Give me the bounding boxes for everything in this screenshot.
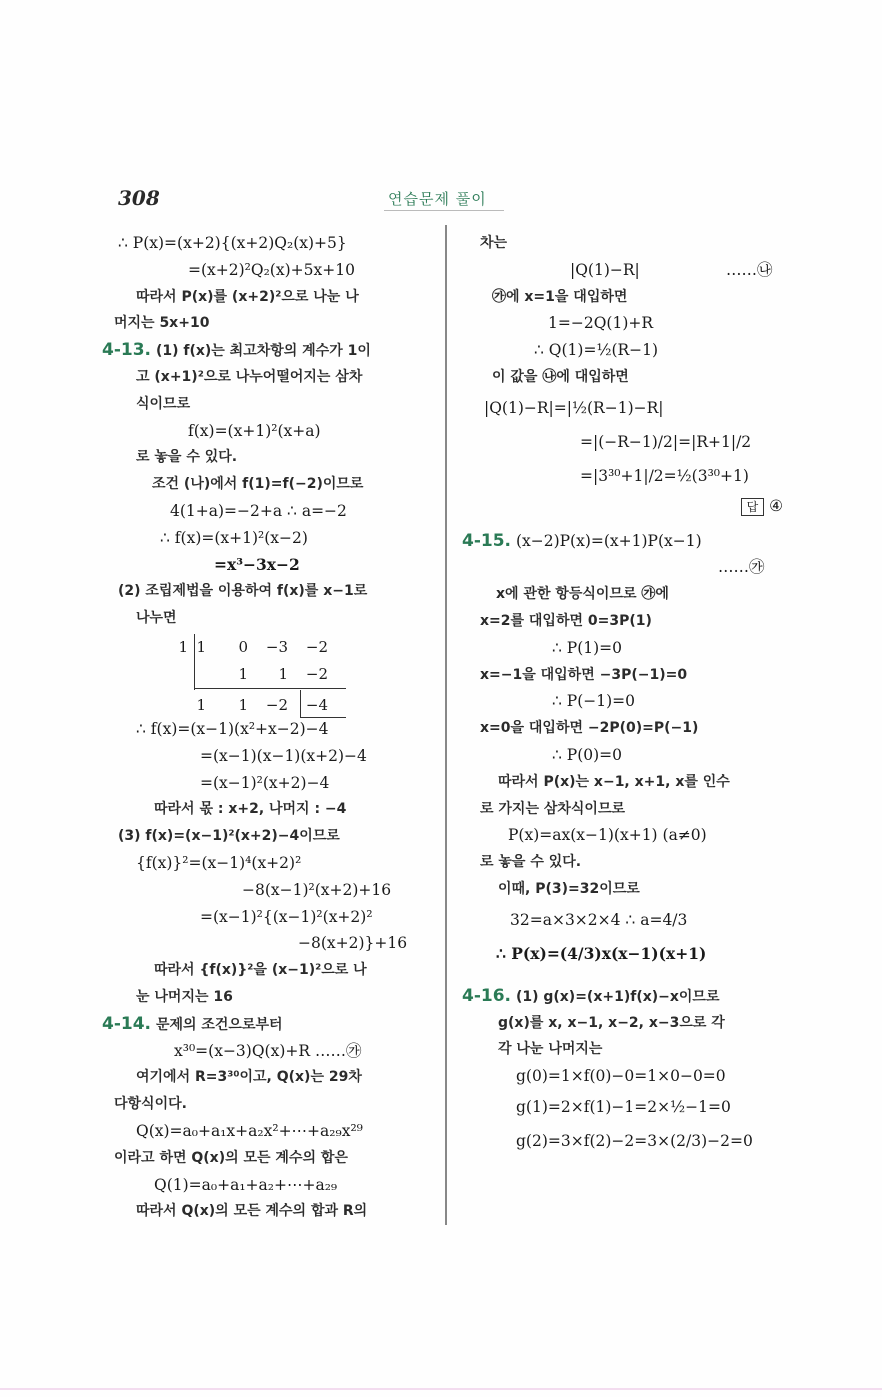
equation: −8(x+2)}+16 <box>114 930 439 957</box>
sd-cell: −2 <box>288 634 328 661</box>
equation: ∴ Q(1)=½(R−1) <box>462 337 787 364</box>
page-number: 308 <box>118 186 160 210</box>
text-line: 조건 (나)에서 f(1)=f(−2)이므로 <box>114 471 439 498</box>
equation: g(0)=1×f(0)−0=1×0−0=0 <box>462 1063 787 1090</box>
equation: Q(1)=a₀+a₁+a₂+⋯+a₂₉ <box>114 1172 439 1199</box>
sd-cell: −2 <box>288 661 328 688</box>
text-line: (1) g(x)=(x+1)f(x)−x이므로 <box>516 989 720 1005</box>
equation: ∴ P(−1)=0 <box>462 688 787 715</box>
text-line: ㉮에 x=1을 대입하면 <box>462 284 787 311</box>
text-line: 문제의 조건으로부터 <box>156 1017 283 1033</box>
sd-remainder: −4 <box>288 692 328 719</box>
answer-value: ④ <box>769 497 783 515</box>
equation: ∴ P(0)=0 <box>462 742 787 769</box>
equation: 32=a×3×2×4 ∴ a=4/3 <box>462 903 787 937</box>
text-line: 식이므로 <box>114 391 439 418</box>
problem-4-13-header: 4-13. (1) f(x)는 최고차항의 계수가 1이 <box>102 337 439 364</box>
equation: (x−2)P(x)=(x+1)P(x−1) <box>516 532 702 550</box>
text-line: 이때, P(3)=32이므로 <box>462 876 787 903</box>
equation-text: |Q(1)−R| <box>570 257 640 284</box>
text-line: 따라서 P(x)는 x−1, x+1, x를 인수 <box>462 769 787 796</box>
equation: =|(−R−1)/2|=|R+1|/2 <box>462 425 787 459</box>
problem-number: 4-15. <box>462 531 511 551</box>
sd-cell: 1 <box>166 634 206 661</box>
right-column: 차는 |Q(1)−R| ……㉯ ㉮에 x=1을 대입하면 1=−2Q(1)+R … <box>462 230 787 1158</box>
problem-4-16-header: 4-16. (1) g(x)=(x+1)f(x)−x이므로 <box>462 983 787 1010</box>
answer-row: 답 ④ <box>462 493 787 520</box>
problem-number: 4-16. <box>462 986 511 1006</box>
text-line: 이 값을 ㉯에 대입하면 <box>462 364 787 391</box>
result-equation: ∴ P(x)=(4/3)x(x−1)(x+1) <box>462 937 787 971</box>
sd-cell: 1 <box>166 692 206 719</box>
sd-cell: 1 <box>208 692 248 719</box>
text-line: ∴ P(x)=(x+2){(x+2)Q₂(x)+5} <box>114 230 439 257</box>
text-line: 따라서 Q(x)의 모든 계수의 합과 R의 <box>114 1198 439 1225</box>
equation-tag: ……㉮ <box>462 554 787 581</box>
equation: Q(x)=a₀+a₁x+a₂x²+⋯+a₂₉x²⁹ <box>114 1118 439 1145</box>
sd-cell: 1 <box>208 661 248 688</box>
equation: f(x)=(x+1)²(x+a) <box>114 418 439 445</box>
problem-4-15-header: 4-15. (x−2)P(x)=(x+1)P(x−1) <box>462 528 787 555</box>
equation: =(x−1)(x−1)(x+2)−4 <box>114 743 439 770</box>
text-line: 고 (x+1)²으로 나누어떨어지는 삼차 <box>114 364 439 391</box>
problem-4-14-header: 4-14. 문제의 조건으로부터 <box>102 1011 439 1038</box>
equation: 4(1+a)=−2+a ∴ a=−2 <box>114 498 439 525</box>
result-line: 따라서 몫 : x+2, 나머지 : −4 <box>114 796 439 823</box>
synthetic-division: 1 1 0 −3 −2 1 1 −2 1 1 −2 −4 <box>170 632 439 716</box>
text-line: 로 놓을 수 있다. <box>114 444 439 471</box>
text-line: x=0을 대입하면 −2P(0)=P(−1) <box>462 715 787 742</box>
equation: =(x−1)²{(x−1)²(x+2)² <box>114 904 439 931</box>
answer-label: 답 <box>741 498 765 516</box>
text-line: x=−1을 대입하면 −3P(−1)=0 <box>462 662 787 689</box>
sd-horizontal-bar <box>194 688 346 689</box>
equation: g(2)=3×f(2)−2=3×(2/3)−2=0 <box>462 1124 787 1158</box>
text-line: (2) 조립제법을 이용하여 f(x)를 x−1로 <box>114 578 439 605</box>
text-line: 여기에서 R=3³⁰이고, Q(x)는 29차 <box>114 1064 439 1091</box>
left-column: ∴ P(x)=(x+2){(x+2)Q₂(x)+5} =(x+2)²Q₂(x)+… <box>114 230 439 1225</box>
equation: =|3³⁰+1|/2=½(3³⁰+1) <box>462 459 787 493</box>
equation: =x³−3x−2 <box>114 552 439 579</box>
column-divider <box>445 225 447 1225</box>
equation: 1=−2Q(1)+R <box>462 310 787 337</box>
text-line: 이라고 하면 Q(x)의 모든 계수의 합은 <box>114 1145 439 1172</box>
text-line: 따라서 {f(x)}²을 (x−1)²으로 나 <box>114 957 439 984</box>
text-line: 차는 <box>462 230 787 257</box>
text-line: 나누면 <box>114 605 439 632</box>
problem-number: 4-14. <box>102 1014 151 1034</box>
sd-cell: −2 <box>248 692 288 719</box>
equation: −8(x−1)²(x+2)+16 <box>114 877 439 904</box>
text-line: (1) f(x)는 최고차항의 계수가 1이 <box>156 343 371 359</box>
equation: P(x)=ax(x−1)(x+1) (a≠0) <box>462 822 787 849</box>
equation: |Q(1)−R|=|½(R−1)−R| <box>462 391 787 425</box>
text-line: 따라서 P(x)를 (x+2)²으로 나눈 나 <box>114 284 439 311</box>
text-line: 각 나눈 나머지는 <box>462 1036 787 1063</box>
equation: ∴ f(x)=(x+1)²(x−2) <box>114 525 439 552</box>
sd-cell: 1 <box>248 661 288 688</box>
equation: ∴ P(1)=0 <box>462 635 787 662</box>
sd-cell: 0 <box>208 634 248 661</box>
section-title: 연습문제 풀이 <box>388 188 487 211</box>
text-line: =(x+2)²Q₂(x)+5x+10 <box>114 257 439 284</box>
equation: =(x−1)²(x+2)−4 <box>114 770 439 797</box>
equation: |Q(1)−R| ……㉯ <box>462 257 787 284</box>
equation: g(1)=2×f(1)−1=2×½−1=0 <box>462 1090 787 1124</box>
text-line: 로 가지는 삼차식이므로 <box>462 796 787 823</box>
equation: x³⁰=(x−3)Q(x)+R ……㉮ <box>114 1038 439 1065</box>
text-line: x에 관한 항등식이므로 ㉮에 <box>462 581 787 608</box>
header-rule <box>384 210 504 211</box>
result-line: 머지는 5x+10 <box>114 310 439 337</box>
problem-number: 4-13. <box>102 340 151 360</box>
result-line: 눈 나머지는 16 <box>114 984 439 1011</box>
sd-cell: −3 <box>248 634 288 661</box>
equation: {f(x)}²=(x−1)⁴(x+2)² <box>114 850 439 877</box>
text-line: x=2를 대입하면 0=3P(1) <box>462 608 787 635</box>
page-bottom-edge <box>0 1388 882 1390</box>
text-line: g(x)를 x, x−1, x−2, x−3으로 각 <box>462 1010 787 1037</box>
text-line: (3) f(x)=(x−1)²(x+2)−4이므로 <box>114 823 439 850</box>
text-line: 다항식이다. <box>114 1091 439 1118</box>
equation: ∴ f(x)=(x−1)(x²+x−2)−4 <box>114 716 439 743</box>
equation-tag: ……㉯ <box>726 257 773 284</box>
text-line: 로 놓을 수 있다. <box>462 849 787 876</box>
